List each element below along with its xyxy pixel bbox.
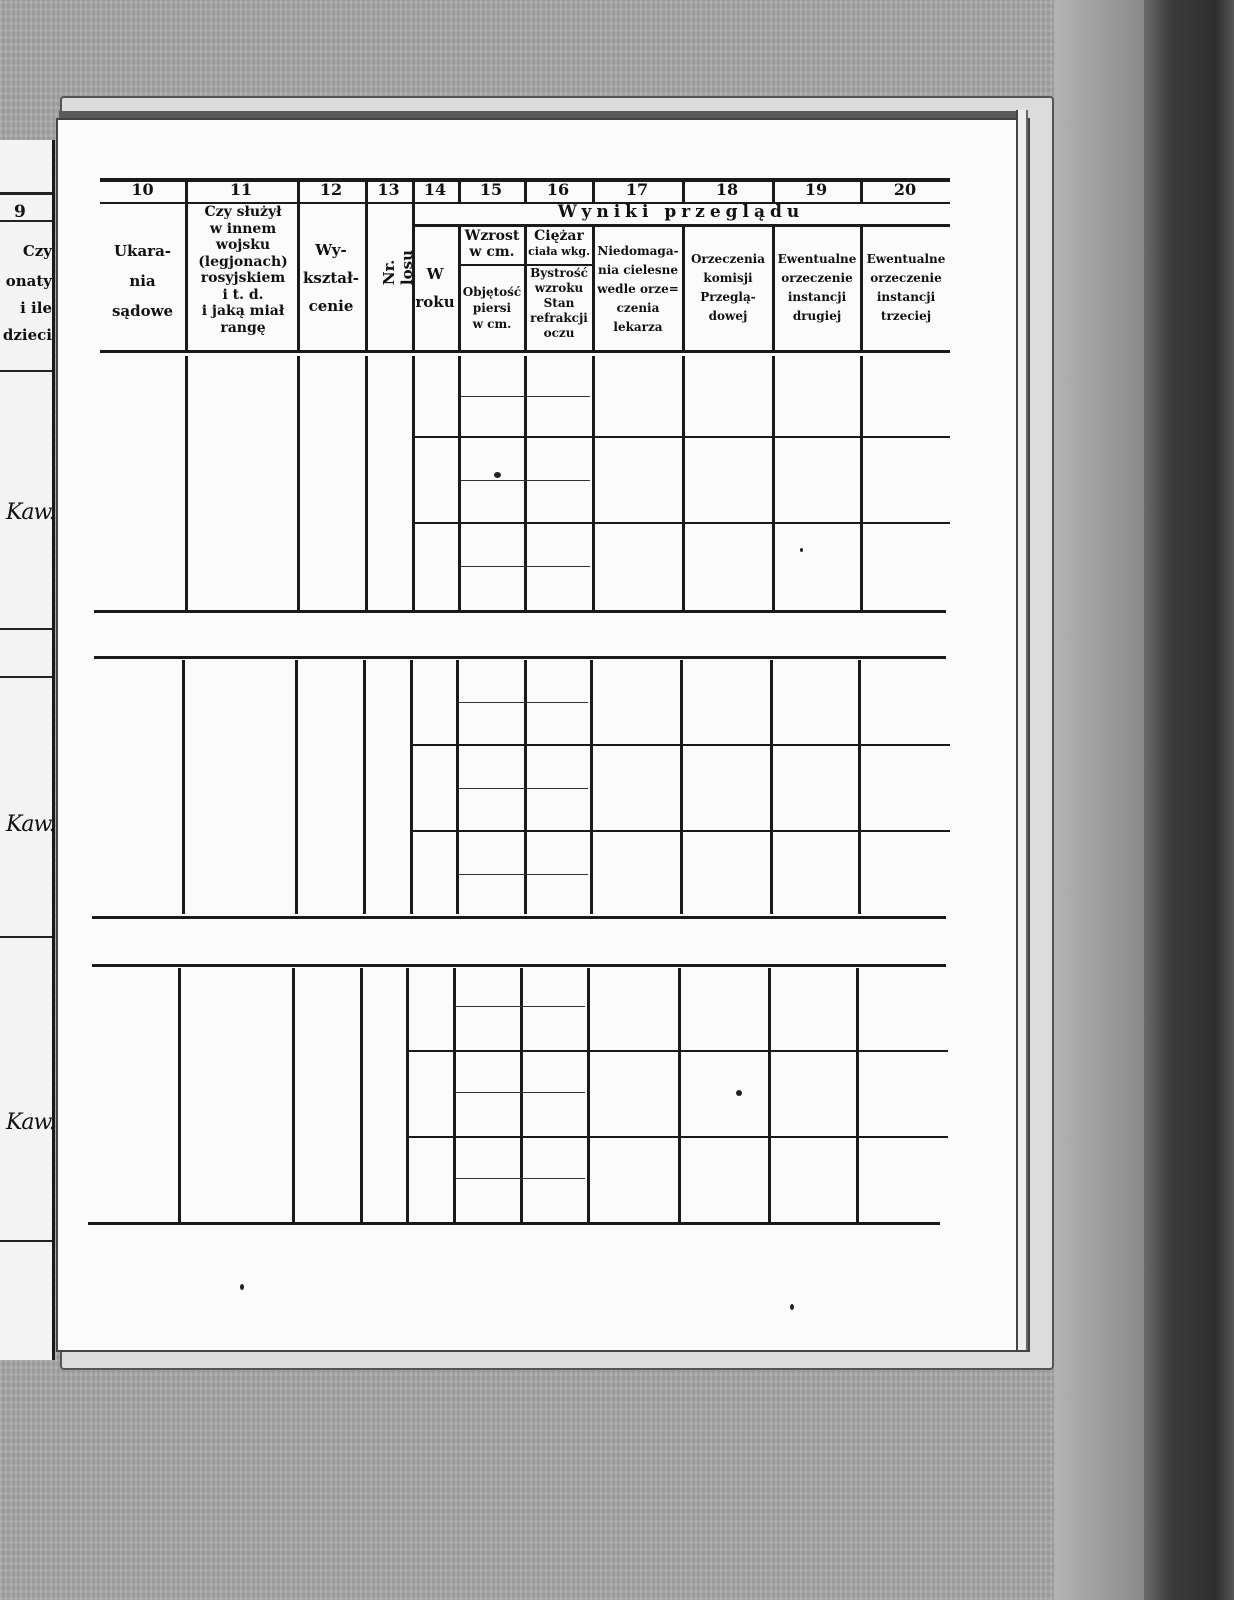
row-rule	[0, 676, 52, 678]
column-9-label-line: i ile	[0, 295, 52, 321]
header-line: Orzeczenia	[684, 250, 772, 269]
header-line: Ewentualne	[774, 250, 860, 269]
section-title-rule	[412, 224, 950, 227]
header-line: (legjonach)	[188, 254, 298, 271]
header-line: lekarza	[594, 318, 682, 337]
column-divider	[412, 356, 415, 610]
scan-speck	[790, 1304, 794, 1310]
column-number: 18	[682, 180, 772, 199]
column-header-instancja-druga: Ewentualne orzeczenie instancji drugiej	[774, 250, 860, 326]
column-divider	[768, 968, 771, 1222]
record-bottom-rule	[94, 610, 946, 613]
column-divider	[678, 968, 681, 1222]
column-header-ciezar: Ciężar ciała wkg.	[526, 228, 592, 260]
half-rule	[460, 480, 590, 481]
column-header-wzrost: Wzrost w cm.	[460, 228, 524, 260]
header-rule	[0, 220, 52, 222]
column-divider	[295, 660, 298, 914]
column-number: 12	[297, 180, 365, 199]
column-divider	[772, 356, 775, 610]
column-header-bystrosc-wzroku: Bystrość wzroku Stan refrakcji oczu	[526, 266, 592, 341]
column-9-label-line: dzieci	[0, 322, 52, 348]
header-line: Czy służył	[188, 204, 298, 221]
header-line: i jaką miał	[188, 303, 298, 320]
column-divider	[365, 182, 368, 202]
header-line: Ciężar	[526, 228, 592, 244]
header-line: sądowe	[100, 296, 185, 326]
column-9-label-line: onaty	[0, 268, 52, 294]
record-top-rule	[92, 964, 946, 967]
column-number: 11	[185, 180, 297, 199]
column-divider	[587, 968, 590, 1222]
handwritten-signature: Kaw.	[6, 500, 55, 525]
scan-speck	[494, 472, 501, 478]
header-line: Niedomaga-	[594, 242, 682, 261]
header-line: nia	[100, 266, 185, 296]
handwritten-signature: Kaw.	[6, 812, 55, 837]
header-line: Wzrost	[460, 228, 524, 244]
column-divider	[770, 660, 773, 914]
header-line: wojsku	[188, 237, 298, 254]
column-number: 14	[412, 180, 458, 199]
column-header-wyksztalcenie: Wy- kształ- cenie	[297, 236, 365, 320]
record-top-rule	[94, 656, 946, 659]
header-line: trzeciej	[862, 307, 950, 326]
column-header-ukarania: Ukara- nia sądowe	[100, 236, 185, 326]
header-line: cenie	[297, 292, 365, 320]
column-divider	[592, 182, 595, 202]
column-number: 10	[100, 180, 185, 199]
header-line: Ukara-	[100, 236, 185, 266]
row-rule	[0, 1240, 52, 1242]
header-line: instancji	[862, 288, 950, 307]
half-rule	[455, 1006, 585, 1007]
header-line: drugiej	[774, 307, 860, 326]
header-line: w innem	[188, 221, 298, 238]
column-divider	[458, 182, 461, 202]
scan-speck	[800, 548, 803, 552]
half-rule	[455, 1092, 585, 1093]
column-divider	[858, 660, 861, 914]
column-divider	[682, 182, 685, 202]
header-line: w cm.	[460, 244, 524, 260]
half-rule	[455, 1178, 585, 1179]
header-line: wedle orze=	[594, 280, 682, 299]
header-line: refrakcji	[526, 311, 592, 326]
half-rule	[458, 874, 588, 875]
header-line: rosyjskiem	[188, 270, 298, 287]
column-divider	[297, 356, 300, 610]
header-line: komisji	[684, 269, 772, 288]
record-bottom-rule	[88, 1222, 940, 1225]
subheader-rule	[460, 264, 524, 266]
column-header-w-roku: W roku	[412, 260, 458, 316]
column-divider	[365, 356, 368, 610]
scan-speck	[240, 1284, 244, 1290]
header-line: Stan	[526, 296, 592, 311]
column-number: 20	[860, 180, 950, 199]
column-divider	[524, 660, 527, 914]
column-divider	[856, 968, 859, 1222]
half-rule	[458, 702, 588, 703]
header-line: ciała wkg.	[526, 244, 592, 260]
column-divider	[365, 202, 368, 352]
column-divider	[410, 660, 413, 914]
header-line: orzeczenie	[774, 269, 860, 288]
column-divider	[680, 660, 683, 914]
column-divider	[292, 968, 295, 1222]
subrow-rule	[408, 1050, 948, 1052]
column-header-niedomagania: Niedomaga- nia cielesne wedle orze= czen…	[594, 242, 682, 337]
scan-edge-band	[1054, 0, 1144, 1600]
column-number: 19	[772, 180, 860, 199]
column-divider	[182, 660, 185, 914]
header-line: Objętość	[460, 284, 524, 300]
header-bottom-rule	[100, 350, 950, 353]
header-line: w cm.	[460, 316, 524, 332]
header-line: Przeglą-	[684, 288, 772, 307]
column-divider	[412, 182, 415, 202]
column-header-instancja-trzecia: Ewentualne orzeczenie instancji trzeciej	[862, 250, 950, 326]
row-rule	[0, 628, 52, 630]
column-divider	[860, 182, 863, 202]
column-header-nr-losu: Nr. losu	[380, 250, 416, 285]
half-rule	[460, 566, 590, 567]
header-line: instancji	[774, 288, 860, 307]
header-line: W	[412, 260, 458, 288]
subrow-rule	[408, 1136, 948, 1138]
column-number: 16	[524, 180, 592, 199]
column-divider	[185, 356, 188, 610]
header-line: Wy-	[297, 236, 365, 264]
column-divider	[458, 356, 461, 610]
column-number-9: 9	[14, 202, 26, 222]
column-divider	[772, 182, 775, 202]
subrow-rule	[414, 522, 950, 524]
column-header-objetosc-piersi: Objętość piersi w cm.	[460, 284, 524, 332]
column-number: 13	[365, 180, 412, 199]
column-divider	[524, 356, 527, 610]
header-line: dowej	[684, 307, 772, 326]
header-line: Bystrość	[526, 266, 592, 281]
column-divider	[590, 660, 593, 914]
column-divider	[456, 660, 459, 914]
column-divider	[592, 356, 595, 610]
column-divider	[363, 660, 366, 914]
section-title-wyniki-przegladu: Wyniki przeglądu	[412, 202, 950, 222]
column-divider	[682, 356, 685, 610]
header-line: roku	[412, 288, 458, 316]
scan-speck	[736, 1090, 742, 1096]
column-divider	[406, 968, 409, 1222]
header-line: czenia	[594, 299, 682, 318]
header-line: wzroku	[526, 281, 592, 296]
column-divider	[360, 968, 363, 1222]
column-divider	[185, 182, 188, 202]
header-line: Ewentualne	[862, 250, 950, 269]
page-edge	[1016, 110, 1028, 1350]
left-page-fragment: 9 Czy onaty i ile dzieci Kaw. Kaw. Kaw.	[0, 140, 55, 1360]
header-line: rangę	[188, 320, 298, 337]
header-line: piersi	[460, 300, 524, 316]
column-header-sluzba-wojskowa: Czy służył w innem wojsku (legjonach) ro…	[188, 204, 298, 336]
half-rule	[460, 396, 590, 397]
header-line: i t. d.	[188, 287, 298, 304]
handwritten-signature: Kaw.	[6, 1110, 55, 1135]
column-divider	[524, 182, 527, 202]
column-divider	[178, 968, 181, 1222]
header-rule	[0, 370, 52, 372]
header-line: orzeczenie	[862, 269, 950, 288]
header-line: kształ-	[297, 264, 365, 292]
subrow-rule	[412, 744, 950, 746]
header-line: nia cielesne	[594, 261, 682, 280]
header-rule	[0, 192, 52, 195]
header-line: oczu	[526, 326, 592, 341]
column-number: 15	[458, 180, 524, 199]
row-rule	[0, 936, 52, 938]
scan-edge-shadow	[1144, 0, 1234, 1600]
subrow-rule	[414, 436, 950, 438]
column-9-label-line: Czy	[0, 238, 52, 264]
column-divider	[297, 182, 300, 202]
half-rule	[458, 788, 588, 789]
column-divider	[860, 356, 863, 610]
record-bottom-rule	[92, 916, 946, 919]
column-header-orzeczenia-komisji: Orzeczenia komisji Przeglą- dowej	[684, 250, 772, 326]
column-number: 17	[592, 180, 682, 199]
subrow-rule	[412, 830, 950, 832]
